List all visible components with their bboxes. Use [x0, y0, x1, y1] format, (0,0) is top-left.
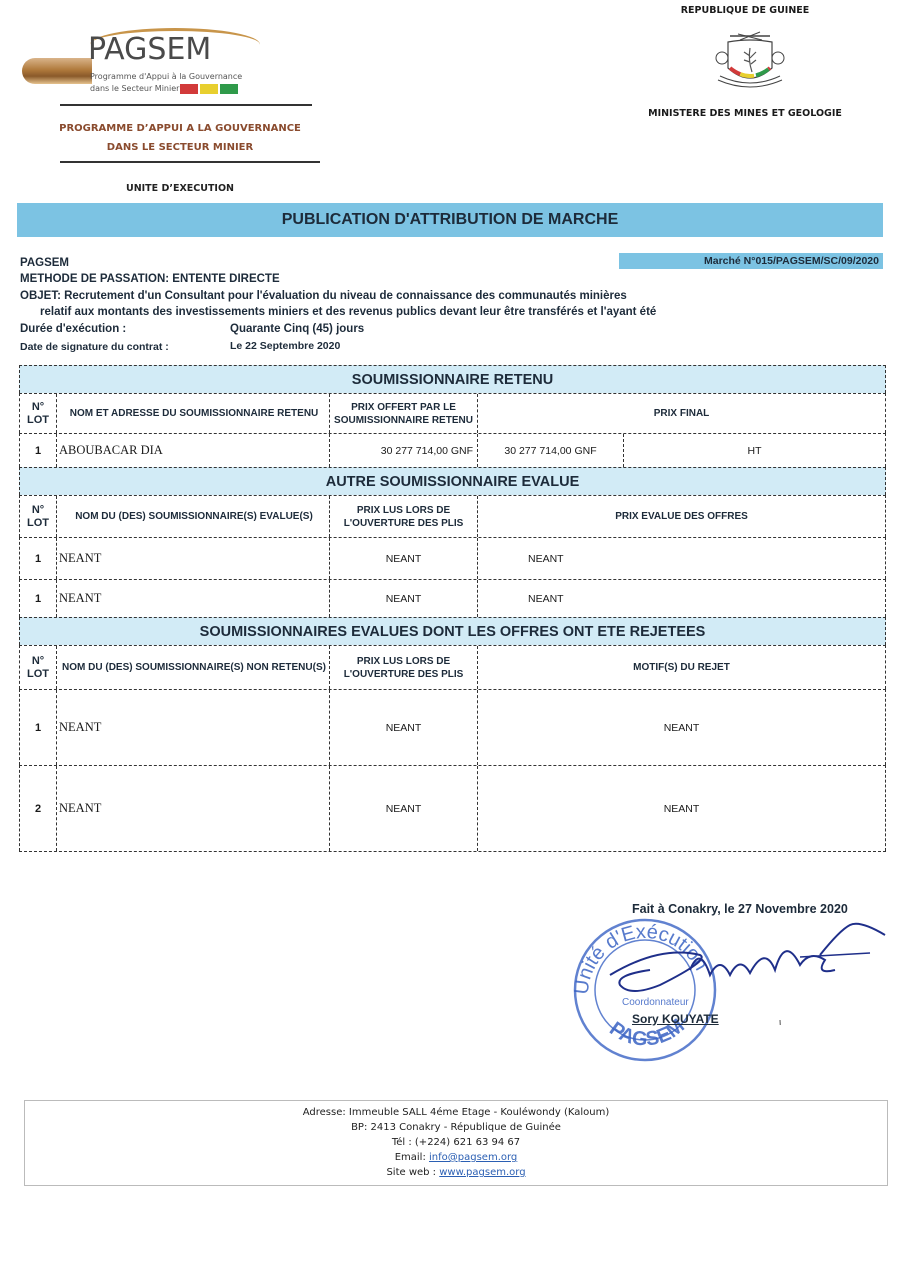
- col-price-offered: PRIX OFFERT PAR LE SOUMISSIONNAIRE RETEN…: [330, 394, 478, 433]
- footer-site-line: Site web : www.pagsem.org: [25, 1165, 887, 1180]
- flag-green-block-icon: [220, 84, 238, 94]
- program-title-line2: DANS LE SECTEUR MINIER: [20, 142, 340, 153]
- cell-price-final: 30 277 714,00 GNF: [478, 434, 624, 467]
- cell-name: NEANT: [57, 690, 330, 765]
- cell-lot: 2: [20, 766, 57, 851]
- table-row: 1 NEANT NEANT NEANT: [19, 537, 886, 579]
- cell-price-read: NEANT: [330, 766, 478, 851]
- object-line-1: OBJET: Recrutement d'un Consultant pour …: [20, 290, 627, 302]
- signature-date-label: Date de signature du contrat :: [20, 341, 169, 353]
- cell-price-evaluated: NEANT: [478, 580, 885, 617]
- col-price-read: PRIX LUS LORS DE L'OUVERTURE DES PLIS: [330, 646, 478, 689]
- footer-po-box: BP: 2413 Conakry - République de Guinée: [25, 1120, 887, 1135]
- col-lot: N° LOT: [20, 496, 57, 537]
- col-name: NOM DU (DES) SOUMISSIONNAIRE(S) NON RETE…: [57, 646, 330, 689]
- email-label: Email:: [395, 1152, 429, 1163]
- country-name: REPUBLIQUE DE GUINEE: [620, 5, 870, 16]
- org-name: PAGSEM: [20, 257, 69, 269]
- cell-name: NEANT: [57, 766, 330, 851]
- logo-subtitle-1: Programme d'Appui à la Gouvernance: [90, 72, 242, 81]
- page-title: PUBLICATION D'ATTRIBUTION DE MARCHE: [17, 203, 883, 237]
- site-label: Site web :: [386, 1167, 439, 1178]
- col-price-evaluated: PRIX EVALUE DES OFFRES: [478, 496, 885, 537]
- cell-name: NEANT: [57, 538, 330, 579]
- cell-lot: 1: [20, 538, 57, 579]
- cell-price-offered: 30 277 714,00 GNF: [330, 434, 478, 467]
- logo-subtitle-2: dans le Secteur Minier: [90, 84, 179, 93]
- flag-red-block-icon: [180, 84, 198, 94]
- cell-name: ABOUBACAR DIA: [57, 434, 330, 467]
- coat-of-arms-icon: [710, 28, 790, 96]
- marche-reference: Marché N°015/PAGSEM/SC/09/2020: [619, 253, 883, 269]
- footer-email-line: Email: info@pagsem.org: [25, 1150, 887, 1165]
- flag-yellow-block-icon: [200, 84, 218, 94]
- object-line-2: relatif aux montants des investissements…: [40, 306, 656, 318]
- table-header-row: N° LOT NOM DU (DES) SOUMISSIONNAIRE(S) N…: [19, 645, 886, 689]
- table-row: 2 NEANT NEANT NEANT: [19, 765, 886, 851]
- award-table: SOUMISSIONNAIRE RETENU N° LOT NOM ET ADR…: [19, 365, 886, 852]
- section-title-evalue: AUTRE SOUMISSIONNAIRE EVALUE: [19, 467, 886, 495]
- logo-swoosh-icon: [22, 58, 92, 84]
- col-name: NOM DU (DES) SOUMISSIONNAIRE(S) EVALUE(S…: [57, 496, 330, 537]
- table-row: 1 NEANT NEANT NEANT: [19, 579, 886, 617]
- table-header-row: N° LOT NOM DU (DES) SOUMISSIONNAIRE(S) E…: [19, 495, 886, 537]
- signature-date-value: Le 22 Septembre 2020: [230, 340, 340, 352]
- place-and-date: Fait à Conakry, le 27 Novembre 2020: [632, 902, 848, 916]
- duration-value: Quarante Cinq (45) jours: [230, 323, 364, 335]
- section-title-retenu: SOUMISSIONNAIRE RETENU: [19, 365, 886, 393]
- program-title-line1: PROGRAMME D’APPUI A LA GOUVERNANCE: [20, 123, 340, 134]
- col-name: NOM ET ADRESSE DU SOUMISSIONNAIRE RETENU: [57, 394, 330, 433]
- cell-rejection-reason: NEANT: [478, 690, 885, 765]
- duration-label: Durée d'exécution :: [20, 323, 126, 335]
- col-lot: N° LOT: [20, 646, 57, 689]
- signature-icon: [600, 915, 890, 1025]
- divider: [60, 161, 320, 163]
- col-price-read: PRIX LUS LORS DE L'OUVERTURE DES PLIS: [330, 496, 478, 537]
- cell-price-read: NEANT: [330, 580, 478, 617]
- cell-rejection-reason: NEANT: [478, 766, 885, 851]
- table-header-row: N° LOT NOM ET ADRESSE DU SOUMISSIONNAIRE…: [19, 393, 886, 433]
- pagsem-logo: PAGSEM Programme d'Appui à la Gouvernanc…: [20, 28, 320, 108]
- email-link[interactable]: info@pagsem.org: [429, 1152, 517, 1163]
- footer-address: Adresse: Immeuble SALL 4éme Etage - Koul…: [25, 1105, 887, 1120]
- website-link[interactable]: www.pagsem.org: [439, 1167, 525, 1178]
- divider: [60, 104, 312, 106]
- table-row: 1 ABOUBACAR DIA 30 277 714,00 GNF 30 277…: [19, 433, 886, 467]
- col-price-final: PRIX FINAL: [478, 394, 885, 433]
- col-lot: N° LOT: [20, 394, 57, 433]
- logo-text: PAGSEM: [88, 32, 211, 67]
- cell-name: NEANT: [57, 580, 330, 617]
- cell-price-evaluated: NEANT: [478, 538, 885, 579]
- cell-lot: 1: [20, 580, 57, 617]
- footer-phone: Tél : (+224) 621 63 94 67: [25, 1135, 887, 1150]
- col-rejection-reason: MOTIF(S) DU REJET: [478, 646, 885, 689]
- signatory-name: Sory KOUYATE: [632, 1012, 719, 1026]
- cell-lot: 1: [20, 690, 57, 765]
- section-title-rejetes: SOUMISSIONNAIRES EVALUES DONT LES OFFRES…: [19, 617, 886, 645]
- cell-price-read: NEANT: [330, 690, 478, 765]
- footer-contact: Adresse: Immeuble SALL 4éme Etage - Koul…: [24, 1100, 888, 1186]
- unit-label: UNITE D’EXECUTION: [20, 183, 340, 194]
- procurement-method: METHODE DE PASSATION: ENTENTE DIRECTE: [20, 273, 280, 285]
- cell-tax: HT: [624, 434, 885, 467]
- table-bottom-border: [19, 851, 886, 852]
- table-row: 1 NEANT NEANT NEANT: [19, 689, 886, 765]
- ministry-name: MINISTERE DES MINES ET GEOLOGIE: [620, 108, 870, 119]
- cell-price-read: NEANT: [330, 538, 478, 579]
- cell-lot: 1: [20, 434, 57, 467]
